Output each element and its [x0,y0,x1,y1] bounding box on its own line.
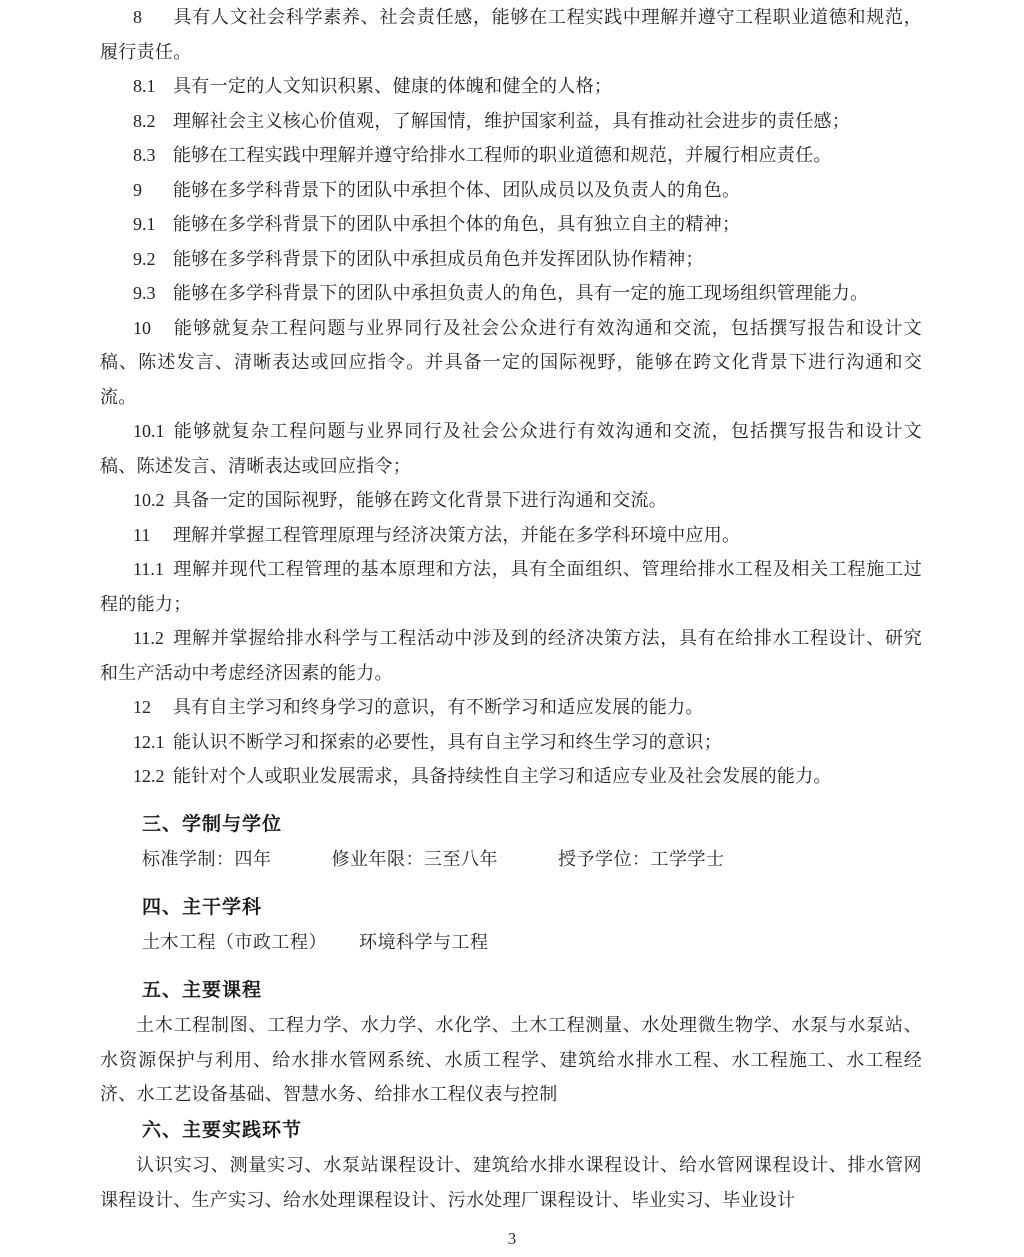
outcome-item-12-1: 12.1能认识不断学习和探索的必要性，具有自主学习和终生学习的意识； [100,725,922,760]
outcome-number: 9 [133,173,173,208]
outcome-item-8: 8具有人文社会科学素养、社会责任感，能够在工程实践中理解并遵守工程职业道德和规范… [100,0,922,69]
outcome-item-9-3: 9.3能够在多学科背景下的团队中承担负责人的角色，具有一定的施工现场组织管理能力… [100,276,922,311]
outcome-text: 能够在工程实践中理解并遵守给排水工程师的职业道德和规范，并履行相应责任。 [173,145,832,165]
outcome-number: 12.1 [133,725,173,760]
degree-awarded: 授予学位：工学学士 [558,849,725,869]
outcome-text: 理解并掌握给排水科学与工程活动中涉及到的经济决策方法，具有在给排水工程设计、研究… [100,628,922,683]
main-courses-text: 土木工程制图、工程力学、水力学、水化学、土木工程测量、水处理微生物学、水泵与水泵… [100,1008,922,1112]
outcome-item-12: 12具有自主学习和终身学习的意识，有不断学习和适应发展的能力。 [100,690,922,725]
outcome-item-8-1: 8.1具有一定的人文知识积累、健康的体魄和健全的人格； [100,69,922,104]
outcome-text: 理解并掌握工程管理原理与经济决策方法，并能在多学科环境中应用。 [173,525,740,545]
outcome-number: 9.2 [133,242,173,277]
outcome-item-10: 10能够就复杂工程问题与业界同行及社会公众进行有效沟通和交流，包括撰写报告和设计… [100,311,922,415]
outcome-item-11-2: 11.2理解并掌握给排水科学与工程活动中涉及到的经济决策方法，具有在给排水工程设… [100,621,922,690]
outcome-number: 10.1 [133,414,173,449]
outcome-item-8-2: 8.2理解社会主义核心价值观，了解国情，维护国家利益，具有推动社会进步的责任感； [100,104,922,139]
outcome-text: 具备一定的国际视野，能够在跨文化背景下进行沟通和交流。 [173,490,667,510]
section-heading-main-courses: 五、主要课程 [100,974,922,1009]
outcome-number: 8.1 [133,69,173,104]
outcome-number: 11.2 [133,621,173,656]
outcome-text: 能够在多学科背景下的团队中承担成员角色并发挥团队协作精神； [173,249,704,269]
outcome-item-11: 11理解并掌握工程管理原理与经济决策方法，并能在多学科环境中应用。 [100,518,922,553]
outcome-text: 能够就复杂工程问题与业界同行及社会公众进行有效沟通和交流，包括撰写报告和设计文稿… [100,421,922,476]
outcome-text: 能认识不断学习和探索的必要性，具有自主学习和终生学习的意识； [173,732,722,752]
outcome-number: 12 [133,690,173,725]
practice-text: 认识实习、测量实习、水泵站课程设计、建筑给水排水课程设计、给水管网课程设计、排水… [100,1148,922,1217]
outcome-item-10-2: 10.2具备一定的国际视野，能够在跨文化背景下进行沟通和交流。 [100,483,922,518]
page-content: 8具有人文社会科学素养、社会责任感，能够在工程实践中理解并遵守工程职业道德和规范… [100,0,922,1217]
outcome-text: 理解社会主义核心价值观，了解国情，维护国家利益，具有推动社会进步的责任感； [173,111,850,131]
outcome-number: 9.1 [133,207,173,242]
outcome-item-9: 9能够在多学科背景下的团队中承担个体、团队成员以及负责人的角色。 [100,173,922,208]
outcome-item-12-2: 12.2能针对个人或职业发展需求，具备持续性自主学习和适应专业及社会发展的能力。 [100,759,922,794]
section-heading-practice: 六、主要实践环节 [100,1114,922,1149]
discipline-civil-engineering: 土木工程（市政工程） [142,932,327,952]
outcome-number: 12.2 [133,759,173,794]
section-heading-duration-degree: 三、学制与学位 [100,808,922,843]
outcome-text: 能够就复杂工程问题与业界同行及社会公众进行有效沟通和交流，包括撰写报告和设计文稿… [100,318,922,407]
outcome-item-9-2: 9.2能够在多学科背景下的团队中承担成员角色并发挥团队协作精神； [100,242,922,277]
outcome-item-8-3: 8.3能够在工程实践中理解并遵守给排水工程师的职业道德和规范，并履行相应责任。 [100,138,922,173]
outcome-number: 11 [133,518,173,553]
outcome-text: 能针对个人或职业发展需求，具备持续性自主学习和适应专业及社会发展的能力。 [173,766,832,786]
outcome-text: 能够在多学科背景下的团队中承担个体的角色，具有独立自主的精神； [173,214,740,234]
page-number: 3 [0,1222,1024,1257]
outcome-text: 能够在多学科背景下的团队中承担负责人的角色，具有一定的施工现场组织管理能力。 [173,283,868,303]
outcome-text: 具有人文社会科学素养、社会责任感，能够在工程实践中理解并遵守工程职业道德和规范，… [100,7,922,62]
outcome-number: 10.2 [133,483,173,518]
outcome-number: 8.2 [133,104,173,139]
document-page: 8具有人文社会科学素养、社会责任感，能够在工程实践中理解并遵守工程职业道德和规范… [0,0,1024,1257]
outcome-number: 8 [133,0,173,35]
outcome-item-11-1: 11.1理解并现代工程管理的基本原理和方法，具有全面组织、管理给排水工程及相关工… [100,552,922,621]
section-heading-core-disciplines: 四、主干学科 [100,891,922,926]
study-years: 修业年限：三至八年 [332,849,499,869]
outcome-text: 具有一定的人文知识积累、健康的体魄和健全的人格； [173,76,612,96]
outcome-number: 9.3 [133,276,173,311]
discipline-environmental-science: 环境科学与工程 [359,932,489,952]
outcome-item-9-1: 9.1能够在多学科背景下的团队中承担个体的角色，具有独立自主的精神； [100,207,922,242]
outcome-text: 具有自主学习和终身学习的意识，有不断学习和适应发展的能力。 [173,697,704,717]
outcome-number: 10 [133,311,173,346]
outcome-number: 11.1 [133,552,173,587]
outcome-item-10-1: 10.1能够就复杂工程问题与业界同行及社会公众进行有效沟通和交流，包括撰写报告和… [100,414,922,483]
outcome-number: 8.3 [133,138,173,173]
outcome-text: 理解并现代工程管理的基本原理和方法，具有全面组织、管理给排水工程及相关工程施工过… [100,559,922,614]
core-disciplines-line: 土木工程（市政工程）环境科学与工程 [100,925,922,960]
standard-duration: 标准学制：四年 [142,849,272,869]
duration-degree-line: 标准学制：四年修业年限：三至八年授予学位：工学学士 [100,842,922,877]
outcome-text: 能够在多学科背景下的团队中承担个体、团队成员以及负责人的角色。 [173,180,740,200]
